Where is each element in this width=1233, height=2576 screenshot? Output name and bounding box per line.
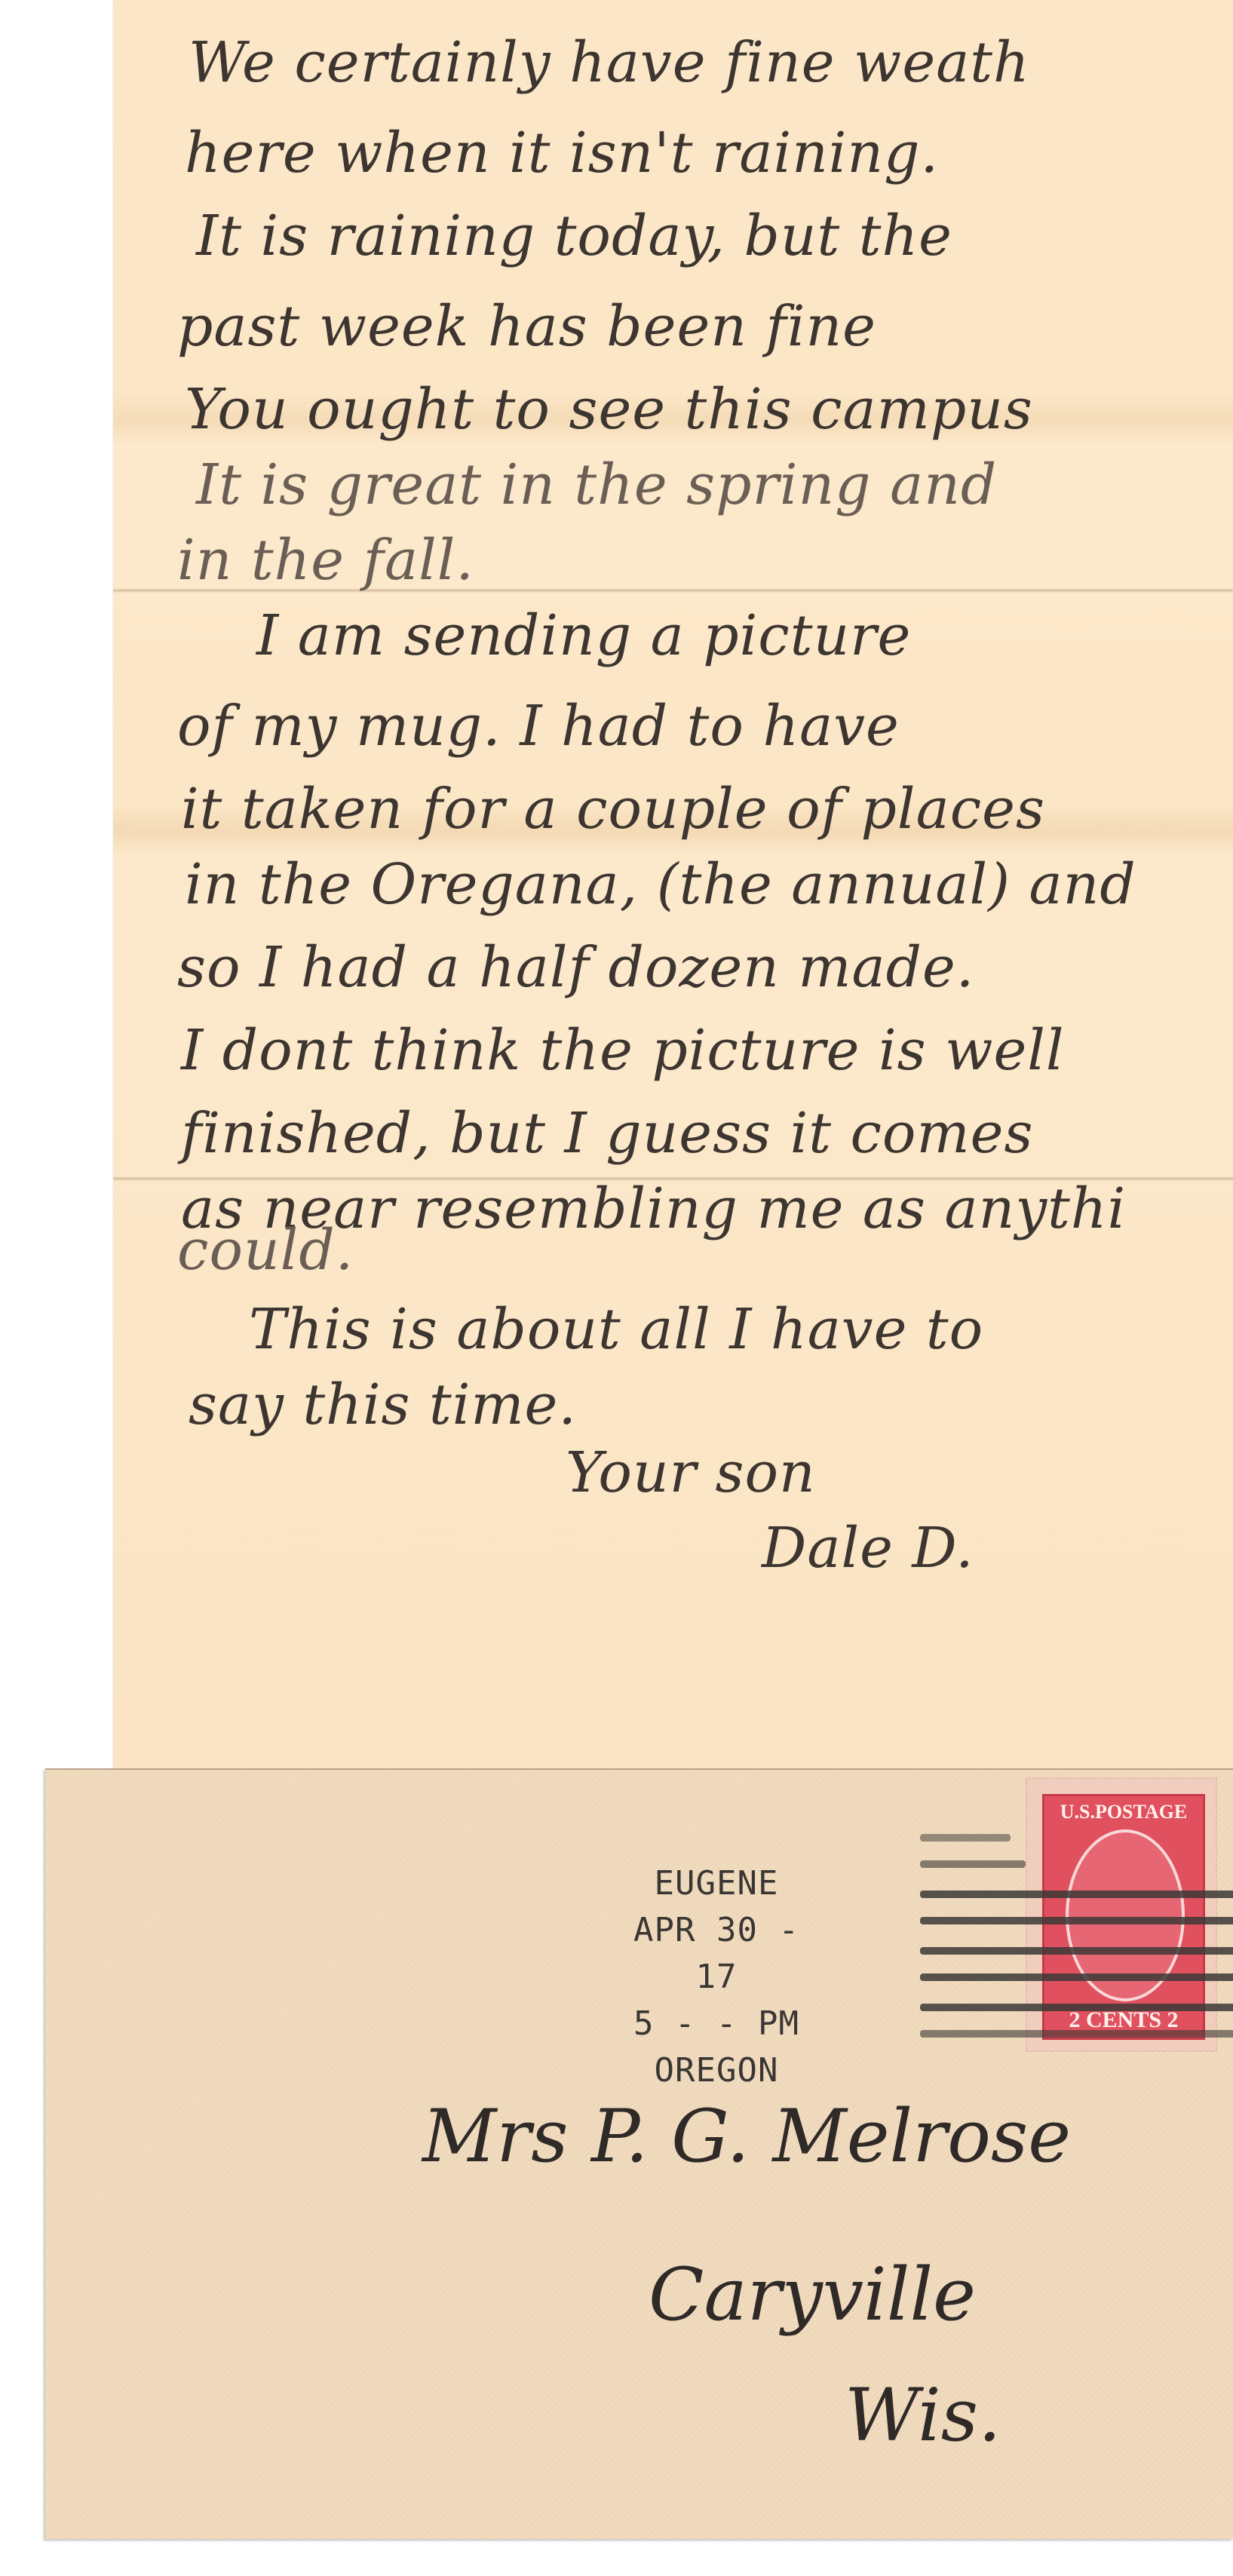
letter-line: You ought to see this campus <box>185 377 1033 442</box>
postmark-date: APR 30 - 17 <box>618 1907 814 2001</box>
letter-line: here when it isn't raining. <box>185 121 939 186</box>
recipient-city: Caryville <box>649 2252 976 2337</box>
letter-line: say this time. <box>189 1372 577 1437</box>
letter-line: It is raining today, but the <box>196 204 952 268</box>
letter-line: This is about all I have to <box>249 1297 983 1362</box>
closing: Your son <box>566 1440 816 1505</box>
cancellation-line <box>920 1917 1233 1924</box>
cancellation-line <box>920 1834 1011 1842</box>
letter-line: I dont think the picture is well <box>181 1018 1065 1083</box>
cancellation-line <box>920 2030 1233 2038</box>
letter-line: We certainly have fine weath <box>189 30 1030 95</box>
stamp-header: U.S.POSTAGE <box>1044 1801 1203 1823</box>
postmark-time: 5 - - PM <box>618 2001 814 2047</box>
handwritten-letter-page: We certainly have fine weath here when i… <box>113 0 1233 1787</box>
letter-line: so I had a half dozen made. <box>177 935 974 1000</box>
postmark: EUGENE APR 30 - 17 5 - - PM OREGON <box>618 1860 814 2094</box>
recipient-name: Mrs P. G. Melrose <box>422 2094 1071 2179</box>
stamp-value: 2 CENTS 2 <box>1044 2007 1203 2033</box>
letter-line: could. <box>177 1218 354 1283</box>
postmark-state: OREGON <box>618 2047 814 2094</box>
cancellation-line <box>920 1947 1233 1955</box>
cancellation-line <box>920 1891 1233 1898</box>
letter-line: finished, but I guess it comes <box>181 1101 1033 1166</box>
signature: Dale D. <box>762 1516 974 1581</box>
letter-line: It is great in the spring and <box>196 452 997 517</box>
letter-line: in the Oregana, (the annual) and <box>185 852 1136 917</box>
postmark-city: EUGENE <box>618 1860 814 1907</box>
letter-line: it taken for a couple of places <box>181 777 1045 842</box>
recipient-state: Wis. <box>845 2373 1001 2458</box>
letter-line: past week has been fine <box>177 294 876 359</box>
letter-line: I am sending a picture <box>256 603 911 668</box>
letter-line: of my mug. I had to have <box>177 694 900 759</box>
envelope: EUGENE APR 30 - 17 5 - - PM OREGON U.S.P… <box>45 1768 1233 2539</box>
letter-line: in the fall. <box>177 528 474 593</box>
cancellation-line <box>920 1973 1233 1981</box>
cancellation-line <box>920 2004 1233 2011</box>
cancellation-line <box>920 1860 1026 1868</box>
